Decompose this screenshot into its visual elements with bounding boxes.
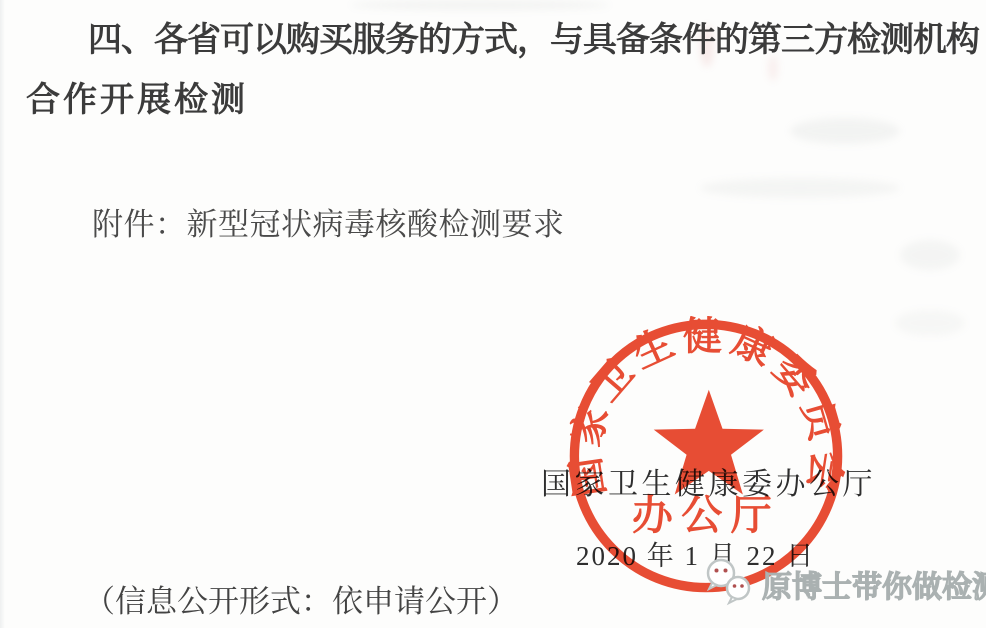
scan-smudge [900,240,960,270]
scan-smudge [700,178,900,198]
document-page: 四、各省可以购买服务的方式，与具备条件的第三方检测机构 合作开展检测 附件：新型… [0,0,986,628]
scan-smudge [790,118,900,144]
watermark-text: 原博士带你做检测 [762,562,986,606]
heading-line-2: 合作开展检测 [26,72,248,121]
scan-smudge [350,0,610,10]
official-seal: 国家卫生健康委员会 办公厅 [566,316,846,596]
watermark: 原博士带你做检测 [702,556,982,612]
scan-edge-shadow [0,0,5,628]
disclosure-note: （信息公开形式：依申请公开） [84,576,518,621]
chat-bubbles-icon [702,557,756,611]
seal-office-text: 办公厅 [632,492,780,538]
attachment-line: 附件：新型冠状病毒核酸检测要求 [92,199,565,244]
scan-smudge [895,310,965,336]
red-star-icon [654,390,764,495]
heading-line-1: 四、各省可以购买服务的方式，与具备条件的第三方检测机构 [88,12,979,61]
